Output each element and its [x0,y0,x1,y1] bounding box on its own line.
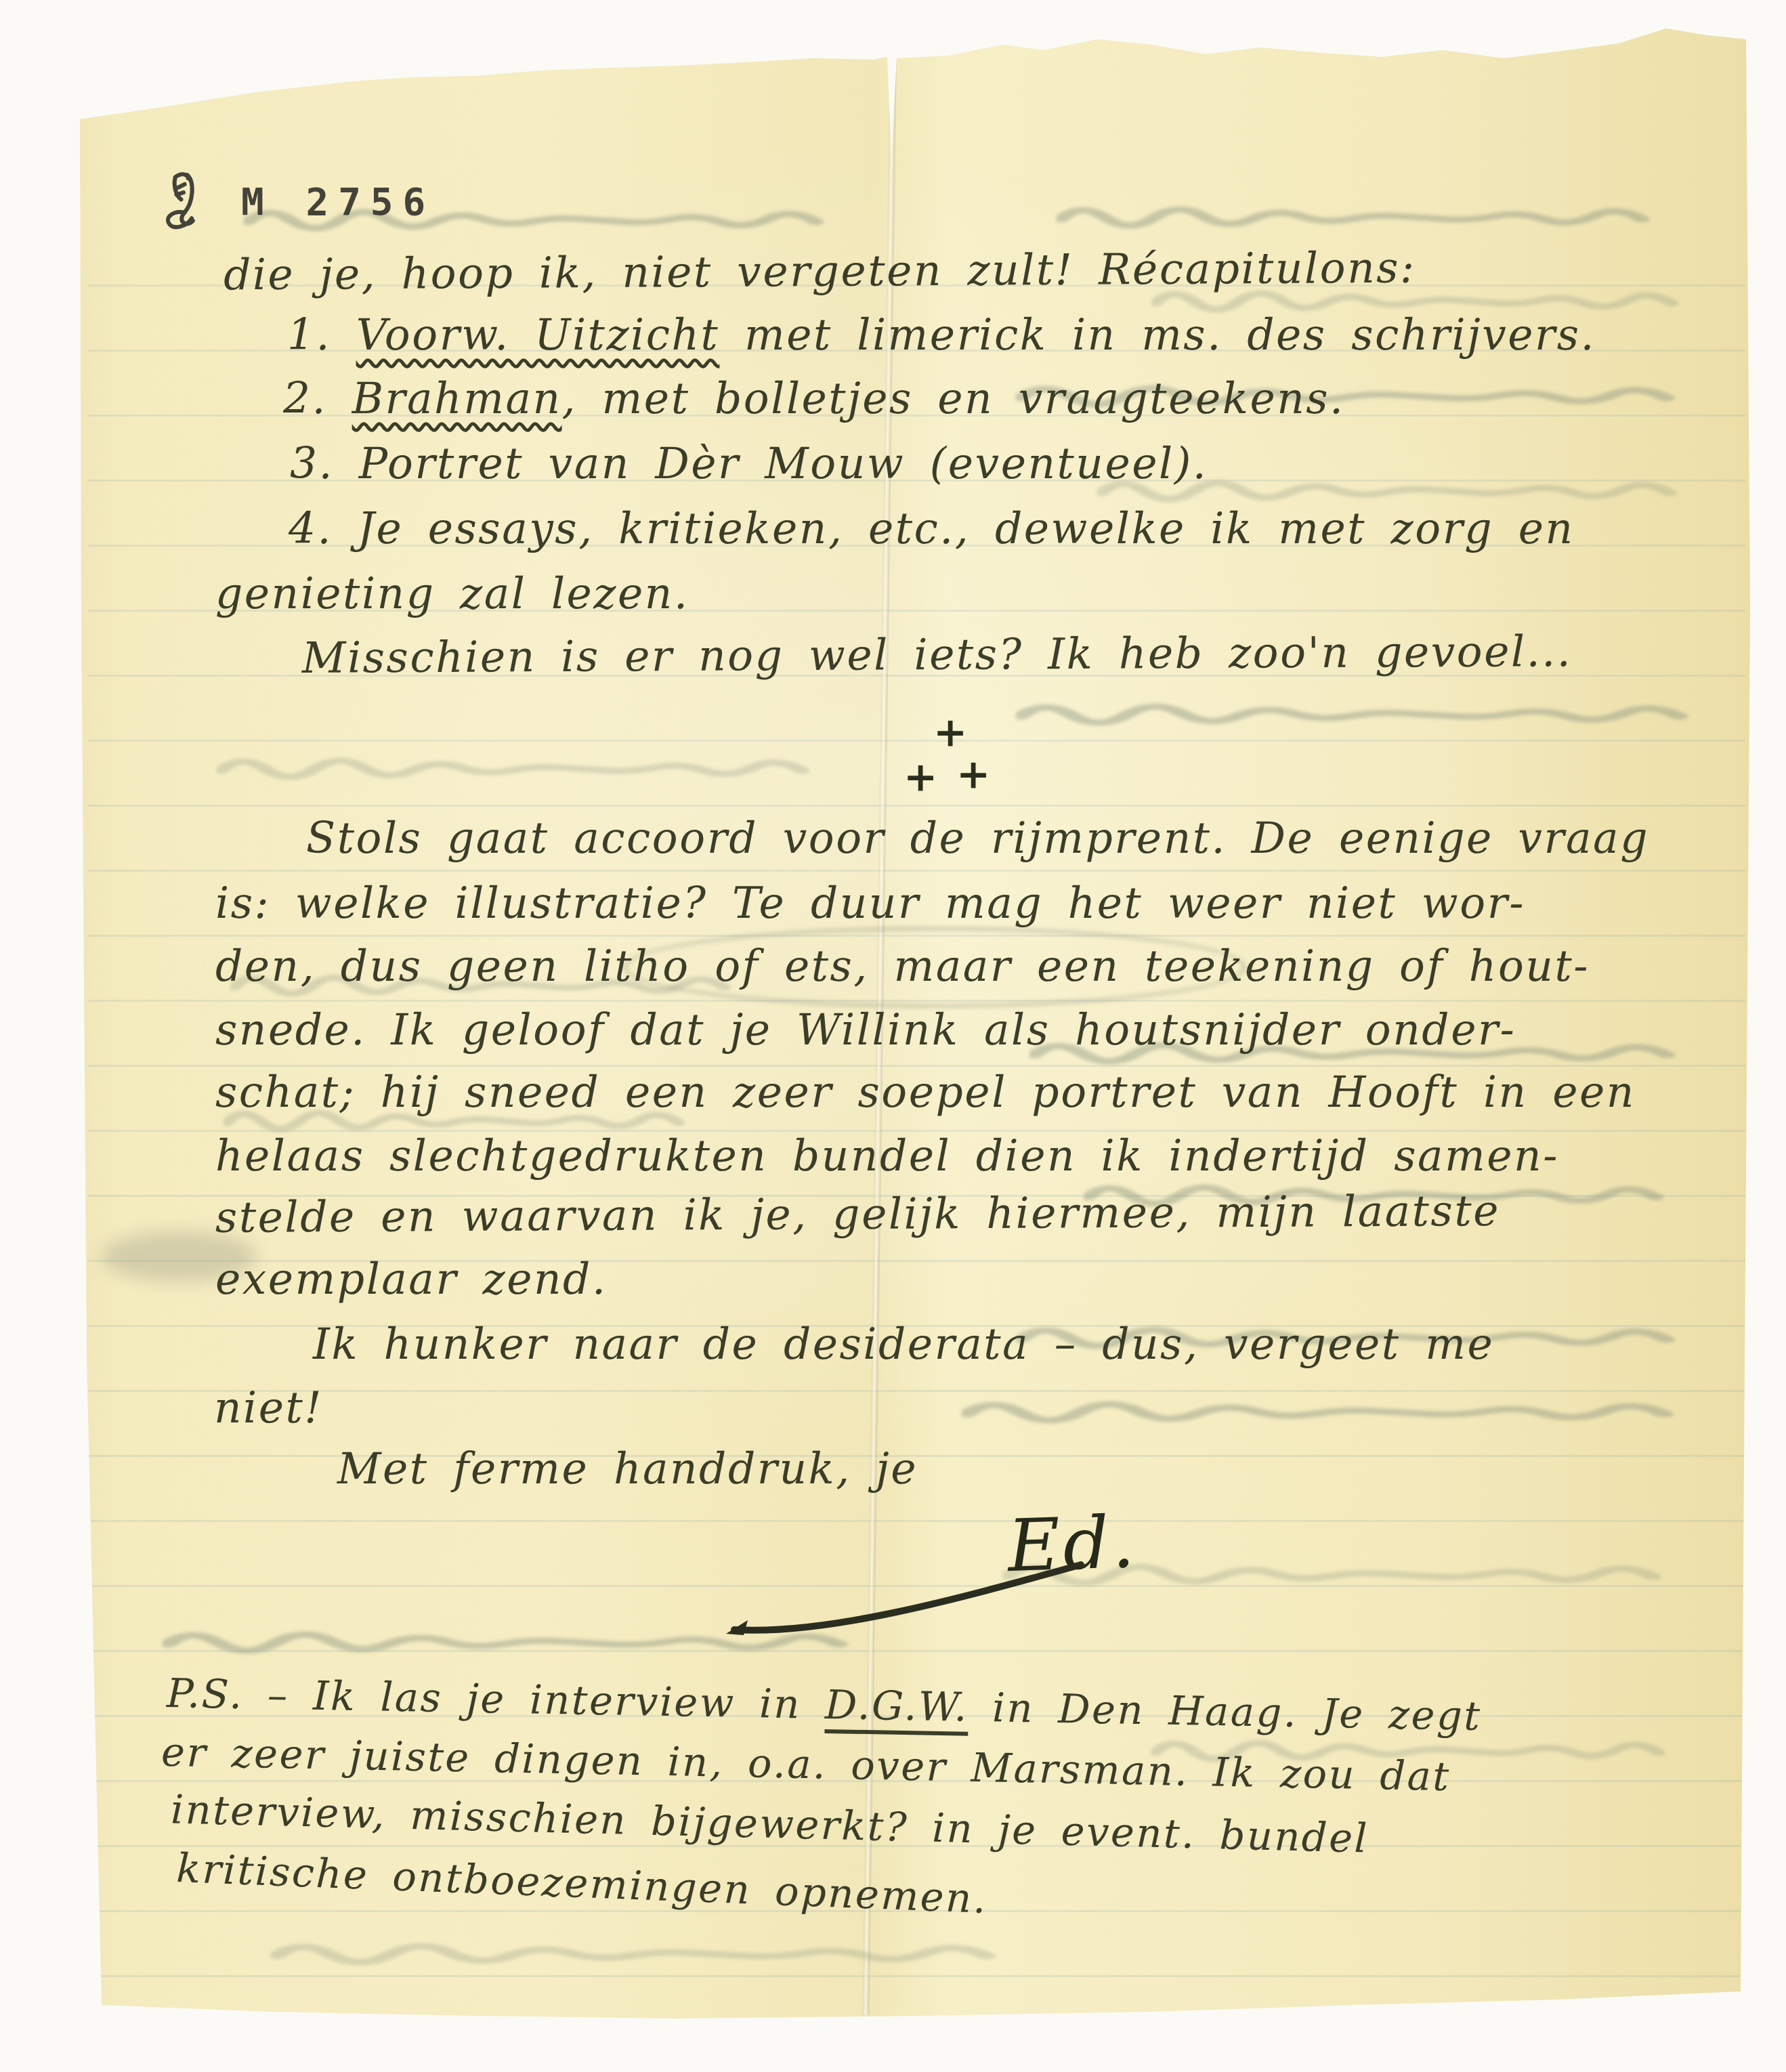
stamp-number: M 2756 [241,180,435,224]
letter-line: exemplaar zend. [215,1256,607,1304]
letter-line: 4. Je essays, kritieken, etc., dewelke i… [289,505,1575,553]
bleed-through-text [962,1395,1693,1426]
letter-line: helaas slechtgedrukten bundel dien ik in… [215,1133,1559,1181]
plus-divider-mark: + [903,753,937,801]
letter-line: Stols gaat accoord voor de rijmprent. De… [306,815,1649,863]
bleed-through-text [1016,698,1707,729]
closing-line: Met ferme handdruk, je [337,1445,918,1494]
list-number: 2. [283,374,352,423]
line-text: in Den Haag. Je zegt [968,1684,1482,1739]
scanned-letter-page: M 2756 die je, hoop ik, niet vergeten zu… [0,0,1786,2072]
lm-monogram-icon [161,167,232,237]
paper-sheet: M 2756 die je, hoop ik, niet vergeten zu… [0,0,1786,2072]
letter-line: den, dus geen litho of ets, maar een tee… [215,943,1590,991]
letter-line: genieting zal lezen. [215,570,689,618]
line-text: met limerick in ms. des schrijvers. [719,310,1596,360]
signature-flourish [725,1550,1104,1645]
plus-divider-mark: + [956,750,990,798]
underlined-abbreviation: D.G.W. [825,1681,969,1731]
bleed-through-text [1057,200,1666,232]
letter-line: niet! [214,1384,323,1433]
letter-line: Misschien is er nog wel iets? Ik heb zoo… [302,628,1573,682]
letter-line: is: welke illustratie? Te duur mag het w… [215,880,1525,928]
letter-line: Ik hunker naar de desiderata – dus, verg… [313,1321,1494,1369]
letter-line: stelde en waarvan ik je, gelijk hiermee,… [215,1187,1500,1242]
letter-line: 2. Brahman, met bolletjes en vraagteeken… [283,375,1345,423]
bleed-through-text [217,752,826,783]
bleed-through-text [271,1937,1016,1968]
line-text: , met bolletjes en vraagteekens. [562,374,1345,423]
archive-stamp: M 2756 [161,167,435,237]
underlined-title: Brahman [352,374,562,423]
letter-line: schat; hij sneed een zeer soepel portret… [215,1069,1636,1117]
underlined-title: Voorw. Uitzicht [356,310,720,360]
letter-line: die je, hoop ik, niet vergeten zult! Réc… [224,245,1416,299]
letter-line: snede. Ik geloof dat je Willink als hout… [215,1007,1516,1055]
list-number: 1. [287,310,356,360]
plus-divider-mark: + [933,709,967,756]
letter-line: 3. Portret van Dèr Mouw (eventueel). [290,440,1208,488]
letter-line: 1. Voorw. Uitzicht met limerick in ms. d… [287,312,1596,360]
